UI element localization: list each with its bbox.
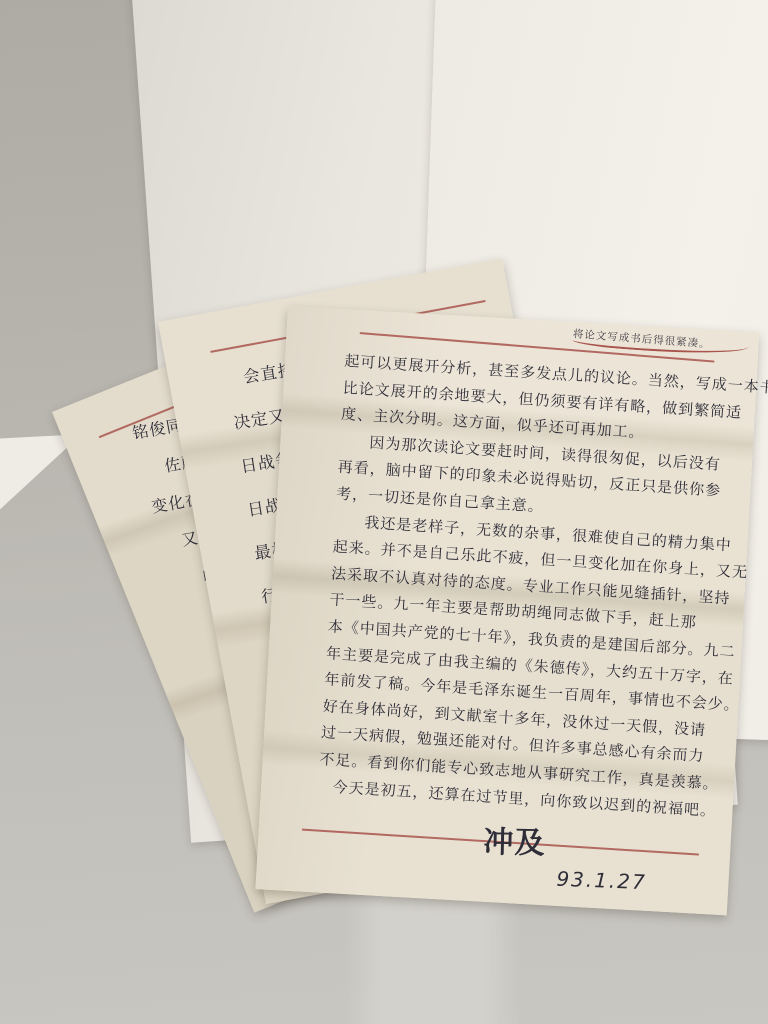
letter-sheet-top: 将论文写成书后得很紧凑。 起可以更展开分析，甚至多发点儿的议论。当然，写成一本书… bbox=[255, 306, 759, 915]
red-underlined-annotation: 将论文写成书后得很紧凑。 bbox=[572, 328, 749, 358]
date: 93.1.27 bbox=[556, 867, 647, 894]
letter-top-text: 起可以更展开分析，甚至多发点儿的议论。当然，写成一本书 比论文展开的余地要大，但… bbox=[317, 348, 753, 825]
signature: 冲及 bbox=[483, 817, 546, 862]
photo-scene: 铭俊同志： 佐藤 变化在 又专门 山口一郎 她下 专 会直接对国内 决定又往往 … bbox=[0, 0, 768, 1024]
